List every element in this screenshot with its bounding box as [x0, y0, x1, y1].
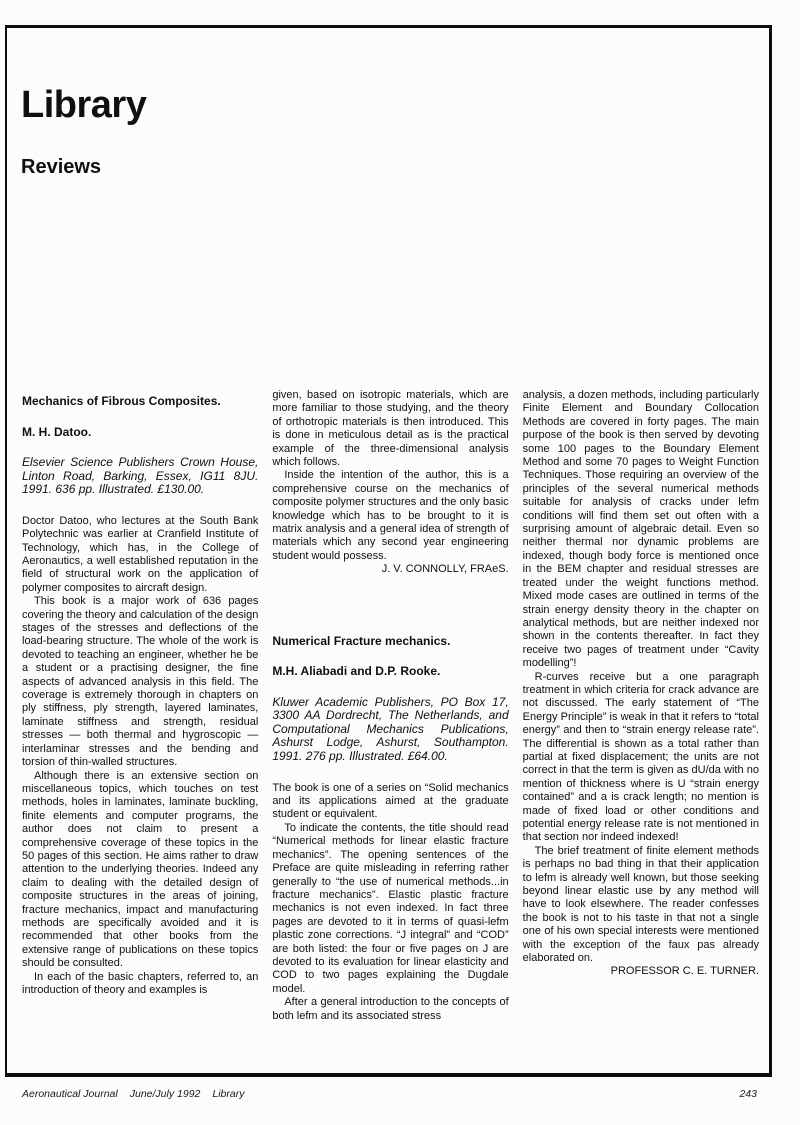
footer-section: Library — [212, 1088, 244, 1100]
review-1-author: M. H. Datoo. — [22, 426, 258, 440]
review-2-title: Numerical Fracture mechanics. — [272, 635, 508, 649]
footer-journal: Aeronautical Journal — [22, 1088, 118, 1100]
column-3: analysis, a dozen methods, including par… — [523, 389, 759, 1071]
review-2-imprint: Kluwer Academic Publishers, PO Box 17, 3… — [272, 696, 508, 764]
page-number: 243 — [739, 1088, 757, 1100]
review-1-paragraph: This book is a major work of 636 pages c… — [22, 595, 258, 769]
review-2-author: M.H. Aliabadi and D.P. Rooke. — [272, 665, 508, 679]
page-title: Library — [21, 86, 769, 124]
review-2-signature: PROFESSOR C. E. TURNER. — [523, 965, 759, 978]
review-2-paragraph: To indicate the contents, the title shou… — [272, 822, 508, 996]
review-2-paragraph: R-curves receive but a one paragraph tre… — [523, 671, 759, 845]
review-2-paragraph: After a general introduction to the conc… — [272, 996, 508, 1023]
review-1-paragraph: given, based on isotropic materials, whi… — [272, 389, 508, 469]
review-2-paragraph: The book is one of a series on “Solid me… — [272, 782, 508, 822]
review-columns: Mechanics of Fibrous Composites. M. H. D… — [22, 389, 759, 1071]
review-1-paragraph: Inside the intention of the author, this… — [272, 469, 508, 563]
footer-issue: June/July 1992 — [130, 1088, 201, 1100]
review-2-paragraph: analysis, a dozen methods, including par… — [523, 389, 759, 671]
section-subtitle: Reviews — [21, 157, 769, 177]
review-1-paragraph: Although there is an extensive section o… — [22, 770, 258, 971]
review-1-title: Mechanics of Fibrous Composites. — [22, 395, 258, 409]
page-footer: Aeronautical JournalJune/July 1992Librar… — [22, 1088, 757, 1100]
review-2-paragraph: The brief treatment of finite element me… — [523, 845, 759, 966]
review-1-paragraph: Doctor Datoo, who lectures at the South … — [22, 515, 258, 595]
column-1: Mechanics of Fibrous Composites. M. H. D… — [22, 389, 258, 1071]
review-1-paragraph: In each of the basic chapters, referred … — [22, 971, 258, 998]
column-2: given, based on isotropic materials, whi… — [272, 389, 508, 1071]
review-1-signature: J. V. CONNOLLY, FRAeS. — [272, 563, 508, 576]
footer-journal-line: Aeronautical JournalJune/July 1992Librar… — [22, 1088, 244, 1100]
review-1-imprint: Elsevier Science Publishers Crown House,… — [22, 456, 258, 497]
